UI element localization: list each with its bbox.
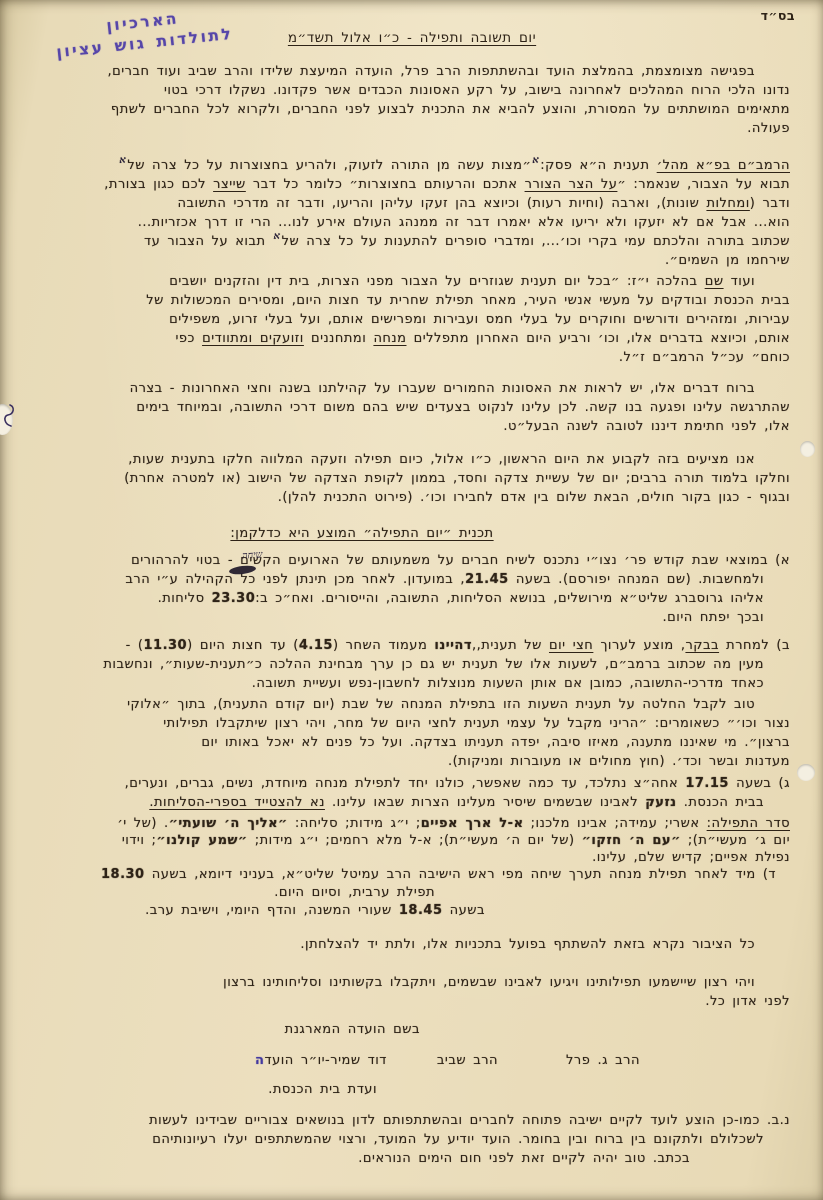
paragraph-halacha-17: ועוד שם בהלכה י״ז: ״בכל יום תענית שגוזרי… bbox=[0, 272, 790, 367]
text-run: 11.30 bbox=[143, 638, 187, 653]
text-run: שייצר bbox=[213, 177, 246, 192]
text-line: כל הציבור נקרא בזאת להשתתף בפועל בתכניות… bbox=[0, 935, 790, 954]
paragraph-seder-hatfila: סדר התפילה: אשרי; עמידה; אבינו מלכנו; א-… bbox=[0, 815, 790, 866]
text-run: א-ל ארך אפיים bbox=[421, 816, 524, 831]
text-run: אתכם והרעותם בחצוצרות״ כלומר כל דבר bbox=[246, 177, 525, 192]
text-line: ולמחשבות. (שם המנחה יפורסם). בשעה 21.45,… bbox=[0, 570, 790, 589]
text-run: תפילת ערבית, וסיום היום. bbox=[274, 885, 435, 900]
text-line: לשכלולם ולתקונם בין ברוח ובין בחומר. הוע… bbox=[0, 1130, 790, 1149]
text-run: שירחמו מן השמים״. bbox=[665, 253, 790, 268]
pen-mark bbox=[1, 403, 17, 431]
text-run: 18.45 bbox=[399, 903, 443, 918]
text-run: שונות), וארבה (וחיות רעות) וכיוצא בהן זע… bbox=[178, 196, 707, 211]
text-run: תענית ה״א פסק: bbox=[540, 158, 656, 173]
item-a: א) במוצאי שבת קודש פר׳ נצו״י נתכנס לשיח … bbox=[0, 551, 790, 627]
text-line: מעין מה שכתוב ברמב״ם, לשעות אלו של תענית… bbox=[0, 655, 790, 674]
signature-in-name-of: בשם הועדה המארגנת bbox=[285, 1022, 420, 1037]
text-run: הוא... אבל אם לא יזעקו ולא יריעו אלא יאמ… bbox=[138, 215, 790, 230]
text-run: כאחד מדרכי-התשובה, כמובן אם אותן השעות מ… bbox=[252, 676, 764, 691]
text-line: בבית הכנסת ובודקים על מעשי אנשי העיר, מא… bbox=[0, 291, 790, 310]
text-run: ומתחננים bbox=[304, 331, 374, 346]
text-line: ויהי רצון שיישמעו תפילותינו ויגיעו לאבינ… bbox=[0, 973, 790, 992]
text-line: שכתוב בתורה והלכתם עמי בקרי וכו׳..., ומד… bbox=[0, 232, 790, 251]
text-run: , במועדון. לאחר מכן תינתן לפני כל הקהילה… bbox=[125, 572, 465, 587]
text-run: נצור וכו׳״ כשאומרים: ״הריני מקבל על עצמי… bbox=[163, 716, 790, 731]
text-line: ועוד שם בהלכה י״ז: ״בכל יום תענית שגוזרי… bbox=[0, 272, 790, 291]
document-title-block: יום תשובה ותפילה - כ״ו אלול תשד״מ bbox=[288, 30, 536, 46]
text-line: בשעה 18.45 שעורי המשנה, והדף היומי, וישי… bbox=[0, 902, 790, 920]
text-run: ועוד bbox=[724, 274, 755, 289]
text-run: בפגישה מצומצמת, בהמלצת הועד ובהשתתפות הר… bbox=[108, 64, 756, 79]
signature-chairman: דוד שמיר-יו״ר הועדה bbox=[255, 1051, 387, 1070]
hole-punch-right-lower bbox=[797, 764, 815, 781]
text-line: ג) בשעה 17.15 אחה״צ נתלכד, עד כמה שאפשר,… bbox=[0, 774, 790, 793]
text-run: בבקר bbox=[685, 638, 719, 653]
text-run: נזעק bbox=[645, 795, 676, 810]
text-run: שעורי המשנה, והדף היומי, וישיבת ערב. bbox=[145, 903, 399, 918]
text-run: ; י״ג מידות; סליחה: bbox=[288, 816, 421, 831]
text-line: שהתרגשה עלינו ופגעה בנו קשה. לכן עלינו ל… bbox=[0, 398, 790, 417]
text-line: תפילת ערבית, וסיום היום. bbox=[0, 884, 790, 902]
postscript-body: נ.ב. כמו-כן הוצע לועד לקיים ישיבה פתוחה … bbox=[0, 1111, 790, 1168]
text-run: ״שמע קולנו״ bbox=[156, 833, 247, 848]
text-run: נפילת אפיים; קדיש שלם, עלינו. bbox=[592, 850, 790, 865]
text-run: נדונו הלכי הרוח המהלכים לאחרונה בישוב, ע… bbox=[164, 83, 790, 98]
text-run: י. י bbox=[0, 81, 3, 100]
item-d: ד) מיד לאחר תפילת מנחה תערך שיחה מפי ראש… bbox=[0, 866, 790, 920]
text-run: ובגוף - כגון בקור חולים, הבאת שלום בין א… bbox=[278, 490, 790, 505]
text-run: 17.15 bbox=[685, 776, 729, 791]
text-run: ומחלות bbox=[706, 196, 749, 211]
section-heading: תכנית ״יום התפילה״ המוצע היא כדלקמן: bbox=[230, 524, 493, 543]
paragraph-fast-acceptance: טוב לקבל החלטה על תענית השעות הזו בתפילת… bbox=[0, 695, 790, 771]
document-title: יום תשובה ותפילה - כ״ו אלול תשד״מ bbox=[288, 30, 536, 46]
text-line: ברוח דברים אלו, יש לראות את האסונות החמו… bbox=[0, 379, 790, 398]
text-run: עבירות, ומזהירים ודורשים וחוקרים על בעלי… bbox=[169, 312, 790, 327]
text-run: ) - bbox=[126, 638, 144, 653]
text-line: תבוא על הצבור, שנאמר: ״על הצר הצורר אתכם… bbox=[0, 175, 790, 194]
text-run: של תענית,, bbox=[472, 638, 549, 653]
paragraph-public-call: כל הציבור נקרא בזאת להשתתף בפועל בתכניות… bbox=[0, 935, 790, 954]
text-line: תכנית ״יום התפילה״ המוצע היא כדלקמן: bbox=[230, 524, 493, 543]
document-content: יום תשובה ותפילה - כ״ו אלול תשד״מ בפגישה… bbox=[0, 30, 823, 1168]
paragraph-prayer-wish: ויהי רצון שיישמעו תפילותינו ויגיעו לאבינ… bbox=[0, 973, 790, 1011]
text-line: וחלקו בלמוד תורה ברבים; יום של עשיית צדק… bbox=[0, 469, 790, 488]
text-run: מתאימים המושתתים על המסורת, והוצע להביא … bbox=[111, 102, 790, 117]
text-run: בכתב. טוב יהיה לקיים זאת לפני חום הימים … bbox=[358, 1151, 690, 1166]
text-line: כוחם״ עכ״ל הרמב״ם ז״ל. bbox=[0, 348, 790, 367]
text-run: ברוח דברים אלו, יש לראות את האסונות החמו… bbox=[130, 381, 755, 396]
text-run: שכתוב בתורה והלכתם עמי בקרי וכו׳..., ומד… bbox=[282, 234, 790, 249]
text-run: לכם כגון בצורת, bbox=[104, 177, 213, 192]
text-run: 23.30 bbox=[212, 591, 256, 606]
text-run: בבית הכנסת. bbox=[677, 795, 764, 810]
text-line: לפני אדון כל. bbox=[0, 992, 790, 1011]
text-run: א bbox=[119, 155, 126, 166]
handwritten-insertion: שיחה bbox=[242, 549, 263, 561]
text-line: ב) למחרת בבקר, מוצע לערוך חצי יום של תענ… bbox=[0, 636, 790, 655]
text-line: אליהו גרוסברג שליט״א מירושלים, בנושא הסל… bbox=[0, 589, 790, 608]
text-run: וזועקים ומתוודים bbox=[202, 331, 304, 346]
paragraph-intro: בפגישה מצומצמת, בהמלצת הועד ובהשתתפות הר… bbox=[0, 62, 790, 138]
text-line: כאחד מדרכי-התשובה, כמובן אם אותן השעות מ… bbox=[0, 674, 790, 693]
text-line: מעדנות ובשר וכד׳. (חוץ מחולים או מעוברות… bbox=[0, 752, 790, 771]
text-line: יום ג׳ מעשי״ת); ״עם ה׳ חזקו״ (של יום ה׳ … bbox=[0, 832, 790, 849]
text-run: כל הציבור נקרא בזאת להשתתף בפועל בתכניות… bbox=[300, 937, 755, 952]
text-run: ) עד חצות היום ( bbox=[187, 638, 299, 653]
text-run: על הצר הצורר bbox=[525, 177, 618, 192]
chairman-name: דוד שמיר-יו״ר הועד bbox=[264, 1053, 386, 1068]
text-run: ברצון״. מי שאיננו מתענה, מאיזו סיבה, יפד… bbox=[201, 735, 790, 750]
text-run: בשעה bbox=[443, 903, 486, 918]
text-run: ״מצות עשה מן התורה לזעוק, ולהריע בחצוצרו… bbox=[127, 158, 531, 173]
text-line: נדונו הלכי הרוח המהלכים לאחרונה בישוב, ע… bbox=[0, 81, 790, 100]
text-run: הרמב״ם בפ״א מהל׳ bbox=[657, 158, 790, 173]
document-body: בפגישה מצומצמת, בהמלצת הועד ובהשתתפות הר… bbox=[0, 62, 790, 1011]
text-line: נפילת אפיים; קדיש שלם, עלינו. bbox=[0, 849, 790, 866]
text-run: 21.45 bbox=[465, 572, 509, 587]
text-run: טוב לקבל החלטה על תענית השעות הזו בתפילת… bbox=[127, 697, 755, 712]
text-run: אליהו גרוסברג שליט״א מירושלים, בנושא הסל… bbox=[255, 591, 764, 606]
text-run: בהלכה י״ז: ״בכל יום תענית שגוזרים על הצב… bbox=[169, 274, 705, 289]
text-line: שירחמו מן השמים״. bbox=[0, 251, 790, 270]
text-line: בפגישה מצומצמת, בהמלצת הועד ובהשתתפות הר… bbox=[0, 62, 790, 81]
text-run: מנחה bbox=[373, 331, 406, 346]
text-line: אנו מציעים בזה לקבוע את היום הראשון, כ״ו… bbox=[0, 450, 790, 469]
signature-names-row: הרב ג. פרל הרב שביב דוד שמיר-יו״ר הועדה bbox=[0, 1051, 790, 1070]
bsd-header: בס״ד bbox=[761, 8, 795, 23]
text-run: , מוצע לערוך bbox=[593, 638, 685, 653]
text-run: שהתרגשה עלינו ופגעה בנו קשה. לכן עלינו ל… bbox=[136, 400, 790, 415]
text-run: א bbox=[274, 231, 281, 242]
text-line: ברצון״. מי שאיננו מתענה, מאיזו סיבה, יפד… bbox=[0, 733, 790, 752]
paragraph-rambam-quote: הרמב״ם בפ״א מהל׳ תענית ה״א פסק:א״מצות עש… bbox=[0, 156, 790, 270]
text-run: שם bbox=[705, 274, 724, 289]
text-run: תבוא על הצבור עד bbox=[144, 234, 273, 249]
text-run: ובכך יפתח היום. bbox=[663, 610, 764, 625]
text-line: עבירות, ומזהירים ודורשים וחוקרים על בעלי… bbox=[0, 310, 790, 329]
text-run: מעמוד השחר ( bbox=[333, 638, 434, 653]
text-line: הוא... אבל אם לא יזעקו ולא יריעו אלא יאמ… bbox=[0, 213, 790, 232]
text-run: אחה״צ נתלכד, עד כמה שאפשר, כולנו יחד לתפ… bbox=[125, 776, 686, 791]
paragraph-proposal: אנו מציעים בזה לקבוע את היום הראשון, כ״ו… bbox=[0, 450, 790, 507]
text-line: נצור וכו׳״ כשאומרים: ״הריני מקבל על עצמי… bbox=[0, 714, 790, 733]
signature-rabbi-shaviv: הרב שביב bbox=[437, 1051, 498, 1070]
text-run: בבית הכנסת ובודקים על מעשי אנשי העיר, מא… bbox=[146, 293, 790, 308]
text-run: א bbox=[532, 155, 539, 166]
text-run: מעין מה שכתוב ברמב״ם, לשעות אלו של תענית… bbox=[103, 657, 764, 672]
text-run: לפני אדון כל. bbox=[705, 994, 790, 1009]
text-line: ובגוף - כגון בקור חולים, הבאת שלום בין א… bbox=[0, 488, 790, 507]
text-line: א) במוצאי שבת קודש פר׳ נצו״י נתכנס לשיח … bbox=[0, 551, 790, 570]
text-run: ״אליך ה׳ שועתי״ bbox=[169, 816, 288, 831]
text-line: פעולה. bbox=[0, 119, 790, 138]
text-line: ודבר (ומחלות שונות), וארבה (וחיות רעות) … bbox=[0, 194, 790, 213]
text-run: ולמחשבות. (שם המנחה יפורסם). בשעה bbox=[509, 572, 764, 587]
text-run: ב) למחרת bbox=[719, 638, 790, 653]
scanned-document-page: בס״ד הארכיון לתולדות גוש עציון יום תשובה… bbox=[0, 0, 823, 1200]
text-line: טוב לקבל החלטה על תענית השעות הזו בתפילת… bbox=[0, 695, 790, 714]
text-line: אותם, וכיוצא בדברים אלו, וכו׳ ורביע היום… bbox=[0, 329, 790, 348]
text-line: הרמב״ם בפ״א מהל׳ תענית ה״א פסק:א״מצות עש… bbox=[0, 156, 790, 175]
hole-punch-right-upper bbox=[800, 441, 815, 457]
text-line: מתאימים המושתתים על המסורת, והוצע להביא … bbox=[0, 100, 790, 119]
signature-heading: בשם הועדה המארגנת bbox=[0, 1020, 790, 1039]
text-run: ודבר ( bbox=[750, 196, 790, 211]
text-line: ד) מיד לאחר תפילת מנחה תערך שיחה מפי ראש… bbox=[0, 866, 790, 884]
postscript-note: נ.ב. כמו-כן הוצע לועד לקיים ישיבה פתוחה … bbox=[0, 1111, 790, 1168]
text-run: כוחם״ עכ״ל הרמב״ם ז״ל. bbox=[619, 350, 790, 365]
text-run: ד) מיד לאחר תפילת מנחה תערך שיחה מפי ראש… bbox=[145, 867, 776, 882]
text-run: 18.30 bbox=[101, 867, 145, 882]
text-line: סדר התפילה: אשרי; עמידה; אבינו מלכנו; א-… bbox=[0, 815, 790, 832]
text-run: ויהי רצון שיישמעו תפילותינו ויגיעו לאבינ… bbox=[223, 975, 755, 990]
item-b: ב) למחרת בבקר, מוצע לערוך חצי יום של תענ… bbox=[0, 636, 790, 693]
text-run: מעדנות ובשר וכד׳. (חוץ מחולים או מעוברות… bbox=[448, 754, 790, 769]
text-run: אותם, וכיוצא בדברים אלו, וכו׳ ורביע היום… bbox=[406, 331, 790, 346]
text-run: חצי יום bbox=[549, 638, 593, 653]
text-run: (של יום ה׳ מעשי״ת); א-ל מלא רחמים; י״ג מ… bbox=[248, 833, 582, 848]
text-run: יום ג׳ מעשי״ת); bbox=[681, 833, 790, 848]
text-line: אלו, לפני חתימת דיננו לטובה לשנה הבעל״ט. bbox=[0, 417, 790, 436]
text-line: נ.ב. כמו-כן הוצע לועד לקיים ישיבה פתוחה … bbox=[0, 1111, 790, 1130]
synagogue-committee-line: ועדת בית הכנסת. bbox=[0, 1080, 790, 1099]
text-run: תכנית ״יום התפילה״ המוצע היא כדלקמן: bbox=[230, 526, 493, 541]
signature-rabbi-perl: הרב ג. פרל bbox=[566, 1051, 640, 1070]
text-run: ; וידוי bbox=[122, 833, 157, 848]
synagogue-committee: ועדת בית הכנסת. bbox=[268, 1082, 377, 1097]
text-line: בכתב. טוב יהיה לקיים זאת לפני חום הימים … bbox=[0, 1149, 790, 1168]
text-run: 4.15 bbox=[299, 638, 333, 653]
text-run: ״עם ה׳ חזקו״ bbox=[582, 833, 681, 848]
text-run: אשרי; עמידה; אבינו מלכנו; bbox=[524, 816, 707, 831]
text-run: תבוא על הצבור, שנאמר: ״ bbox=[617, 177, 790, 192]
text-run: דהיינו bbox=[434, 638, 472, 653]
text-line: בבית הכנסת. נזעק לאבינו שבשמים שיסיר מעל… bbox=[0, 793, 790, 812]
text-run: אלו, לפני חתימת דיננו לטובה לשנה הבעל״ט. bbox=[503, 419, 790, 434]
text-run: כפי bbox=[176, 331, 203, 346]
paragraph-recent-tragedies: ברוח דברים אלו, יש לראות את האסונות החמו… bbox=[0, 379, 790, 436]
text-run: וחלקו בלמוד תורה ברבים; יום של עשיית צדק… bbox=[124, 471, 790, 486]
text-run: לשכלולם ולתקונם בין ברוח ובין בחומר. הוע… bbox=[152, 1132, 764, 1147]
item-c: ג) בשעה 17.15 אחה״צ נתלכד, עד כמה שאפשר,… bbox=[0, 774, 790, 812]
text-run: סליחות. bbox=[158, 591, 212, 606]
text-run: לאבינו שבשמים שיסיר מעלינו הצרות שבאו על… bbox=[325, 795, 645, 810]
text-run: סדר התפילה: bbox=[707, 816, 790, 831]
text-run: ג) בשעה bbox=[729, 776, 790, 791]
text-run: אנו מציעים בזה לקבוע את היום הראשון, כ״ו… bbox=[128, 452, 755, 467]
text-line: ובכך יפתח היום. bbox=[0, 608, 790, 627]
text-run: פעולה. bbox=[747, 121, 790, 136]
text-run: . (של י׳ bbox=[117, 816, 168, 831]
text-run: נא להצטייד בספרי-הסליחות. bbox=[149, 795, 325, 810]
text-run: נ.ב. כמו-כן הוצע לועד לקיים ישיבה פתוחה … bbox=[149, 1113, 790, 1128]
text-run: א) במוצאי שבת קודש פר׳ נצו״י נתכנס לשיח … bbox=[131, 553, 790, 568]
